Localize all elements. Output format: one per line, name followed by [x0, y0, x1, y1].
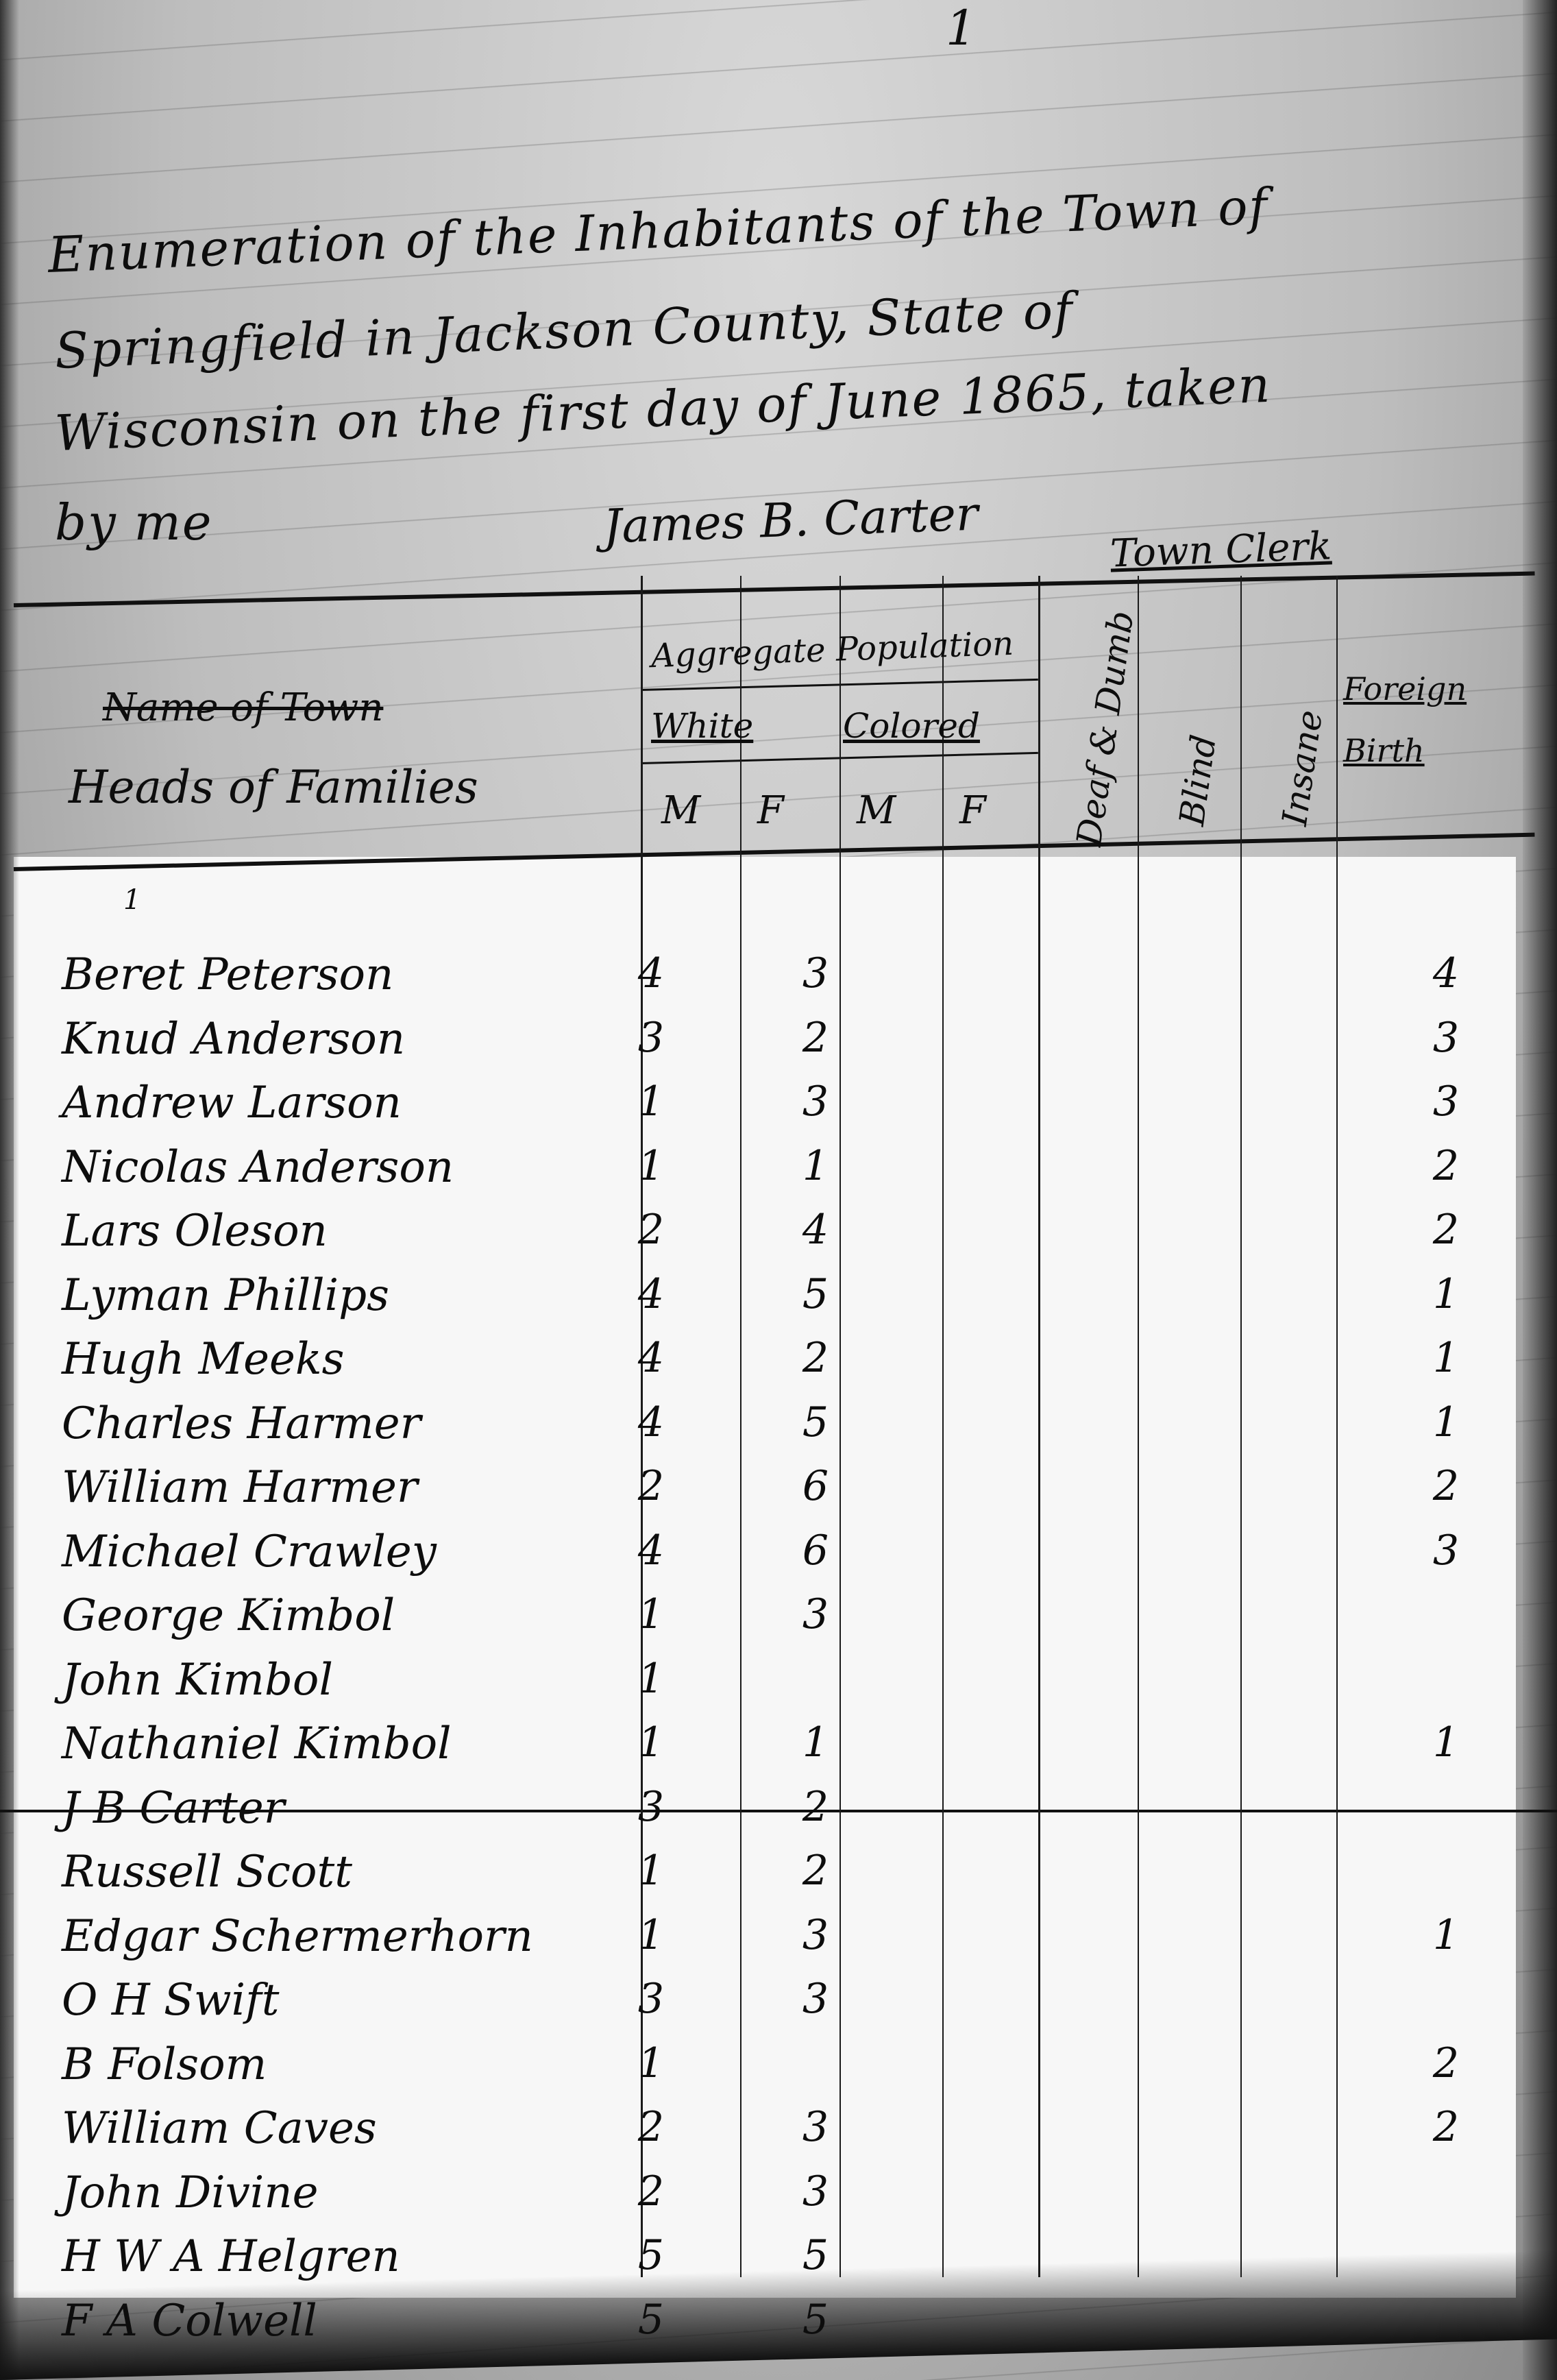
- table-row: Charles Harmer451: [0, 1398, 1557, 1467]
- white-male-count: 1: [630, 1655, 672, 1703]
- head-of-family: B Folsom: [62, 2039, 267, 2090]
- white-male-count: 3: [630, 1014, 672, 1062]
- white-female-count: 3: [795, 1590, 836, 1638]
- table-row: Michael Crawley463: [0, 1527, 1557, 1595]
- white-male-count: 2: [630, 1462, 672, 1510]
- table-row: Lyman Phillips451: [0, 1270, 1557, 1339]
- white-female-count: 1: [795, 1719, 836, 1766]
- header-white: White: [651, 706, 753, 746]
- foreign-birth-count: 2: [1425, 1206, 1467, 1254]
- white-male-count: 1: [630, 1142, 672, 1190]
- white-female-count: 6: [795, 1462, 836, 1510]
- head-of-family: Beret Peterson: [62, 949, 393, 1000]
- header-white-m: M: [661, 788, 700, 833]
- white-male-count: 1: [630, 1847, 672, 1895]
- white-female-count: 3: [795, 1078, 836, 1126]
- white-male-count: 5: [630, 2296, 672, 2344]
- white-male-count: 1: [630, 1719, 672, 1766]
- head-of-family: Russell Scott: [62, 1847, 352, 1897]
- head-of-family: John Divine: [62, 2167, 318, 2218]
- table-row: Lars Oleson242: [0, 1206, 1557, 1274]
- head-of-family: Lyman Phillips: [62, 1270, 389, 1321]
- foreign-birth-count: 3: [1425, 1078, 1467, 1126]
- white-female-count: 5: [795, 2231, 836, 2279]
- table-row: Edgar Schermerhorn131: [0, 1911, 1557, 1980]
- white-female-count: 3: [795, 1911, 836, 1959]
- head-of-family: O H Swift: [62, 1975, 279, 2026]
- table-row: William Caves232: [0, 2103, 1557, 2172]
- white-female-count: 3: [795, 2103, 836, 2151]
- row-marker: 1: [123, 884, 140, 916]
- foreign-birth-count: 2: [1425, 2103, 1467, 2151]
- foreign-birth-count: 2: [1425, 1142, 1467, 1190]
- white-female-count: 2: [795, 1783, 836, 1831]
- head-of-family: J B Carter: [62, 1783, 284, 1834]
- white-male-count: 2: [630, 1206, 672, 1254]
- head-of-family: Knud Anderson: [62, 1014, 405, 1065]
- foreign-birth-count: 1: [1425, 1270, 1467, 1318]
- header-white-f: F: [757, 788, 784, 833]
- white-female-count: 1: [795, 1142, 836, 1190]
- signature-title: Town Clerk: [1109, 524, 1332, 576]
- white-female-count: 2: [795, 1847, 836, 1895]
- table-row: Nathaniel Kimbol111: [0, 1719, 1557, 1787]
- head-of-family: John Kimbol: [62, 1655, 333, 1705]
- foreign-birth-count: 1: [1425, 1334, 1467, 1382]
- header-foreign-birth: Foreign Birth: [1343, 658, 1508, 781]
- table-row: H W A Helgren55: [0, 2231, 1557, 2300]
- foreign-birth-count: 2: [1425, 2039, 1467, 2087]
- table-row: B Folsom12: [0, 2039, 1557, 2108]
- foreign-birth-count: 1: [1425, 1719, 1467, 1766]
- white-male-count: 1: [630, 2039, 672, 2087]
- foreign-birth-count: 4: [1425, 949, 1467, 997]
- head-of-family: Michael Crawley: [62, 1527, 437, 1577]
- white-female-count: 2: [795, 1014, 836, 1062]
- head-of-family: H W A Helgren: [62, 2231, 400, 2282]
- table-row: George Kimbol13: [0, 1590, 1557, 1659]
- header-colored-m: M: [857, 788, 896, 833]
- head-of-family: Charles Harmer: [62, 1398, 421, 1449]
- foreign-birth-count: 1: [1425, 1398, 1467, 1446]
- head-of-family: Nicolas Anderson: [62, 1142, 454, 1193]
- white-male-count: 3: [630, 1783, 672, 1831]
- white-male-count: 4: [630, 949, 672, 997]
- white-male-count: 2: [630, 2167, 672, 2215]
- header-name-of-town: Name of Town: [103, 685, 383, 730]
- white-male-count: 2: [630, 2103, 672, 2151]
- head-of-family: F A Colwell: [62, 2296, 317, 2346]
- table-row: O H Swift33: [0, 1975, 1557, 2043]
- white-male-count: 4: [630, 1398, 672, 1446]
- white-female-count: 3: [795, 949, 836, 997]
- white-female-count: 5: [795, 2296, 836, 2344]
- head-of-family: William Harmer: [62, 1462, 417, 1513]
- page-number: 1: [946, 0, 977, 56]
- table-row: William Harmer262: [0, 1462, 1557, 1531]
- head-of-family: Nathaniel Kimbol: [62, 1719, 452, 1769]
- white-female-count: 6: [795, 1527, 836, 1575]
- white-female-count: 2: [795, 1334, 836, 1382]
- white-female-count: 5: [795, 1398, 836, 1446]
- foreign-birth-count: 3: [1425, 1527, 1467, 1575]
- white-male-count: 1: [630, 1911, 672, 1959]
- table-row: Knud Anderson323: [0, 1014, 1557, 1082]
- head-of-family: William Caves: [62, 2103, 377, 2154]
- table-row: Nicolas Anderson112: [0, 1142, 1557, 1211]
- head-of-family: Andrew Larson: [62, 1078, 402, 1128]
- header-heads-of-families: Heads of Families: [69, 761, 478, 814]
- table-row: Beret Peterson434: [0, 949, 1557, 1018]
- white-female-count: 5: [795, 1270, 836, 1318]
- foreign-birth-count: 3: [1425, 1014, 1467, 1062]
- head-of-family: George Kimbol: [62, 1590, 395, 1641]
- foreign-birth-count: 2: [1425, 1462, 1467, 1510]
- white-female-count: 3: [795, 2167, 836, 2215]
- table-row: Russell Scott12: [0, 1847, 1557, 1915]
- head-of-family: Hugh Meeks: [62, 1334, 344, 1385]
- table-row: J B Carter32: [0, 1783, 1557, 1851]
- table-row: Hugh Meeks421: [0, 1334, 1557, 1402]
- heading-line-4: by me: [55, 494, 213, 551]
- foreign-birth-count: 1: [1425, 1911, 1467, 1959]
- table-row: F A Colwell55: [0, 2296, 1557, 2364]
- header-colored: Colored: [843, 706, 980, 746]
- white-male-count: 5: [630, 2231, 672, 2279]
- head-of-family: Edgar Schermerhorn: [62, 1911, 533, 1962]
- table-row: John Kimbol1: [0, 1655, 1557, 1723]
- table-row: John Divine23: [0, 2167, 1557, 2236]
- header-colored-f: F: [959, 788, 986, 833]
- head-of-family: Lars Oleson: [62, 1206, 328, 1256]
- white-male-count: 4: [630, 1270, 672, 1318]
- white-female-count: 3: [795, 1975, 836, 2023]
- white-male-count: 1: [630, 1078, 672, 1126]
- white-male-count: 4: [630, 1334, 672, 1382]
- table-row: Andrew Larson133: [0, 1078, 1557, 1146]
- white-male-count: 3: [630, 1975, 672, 2023]
- white-male-count: 4: [630, 1527, 672, 1575]
- white-male-count: 1: [630, 1590, 672, 1638]
- white-female-count: 4: [795, 1206, 836, 1254]
